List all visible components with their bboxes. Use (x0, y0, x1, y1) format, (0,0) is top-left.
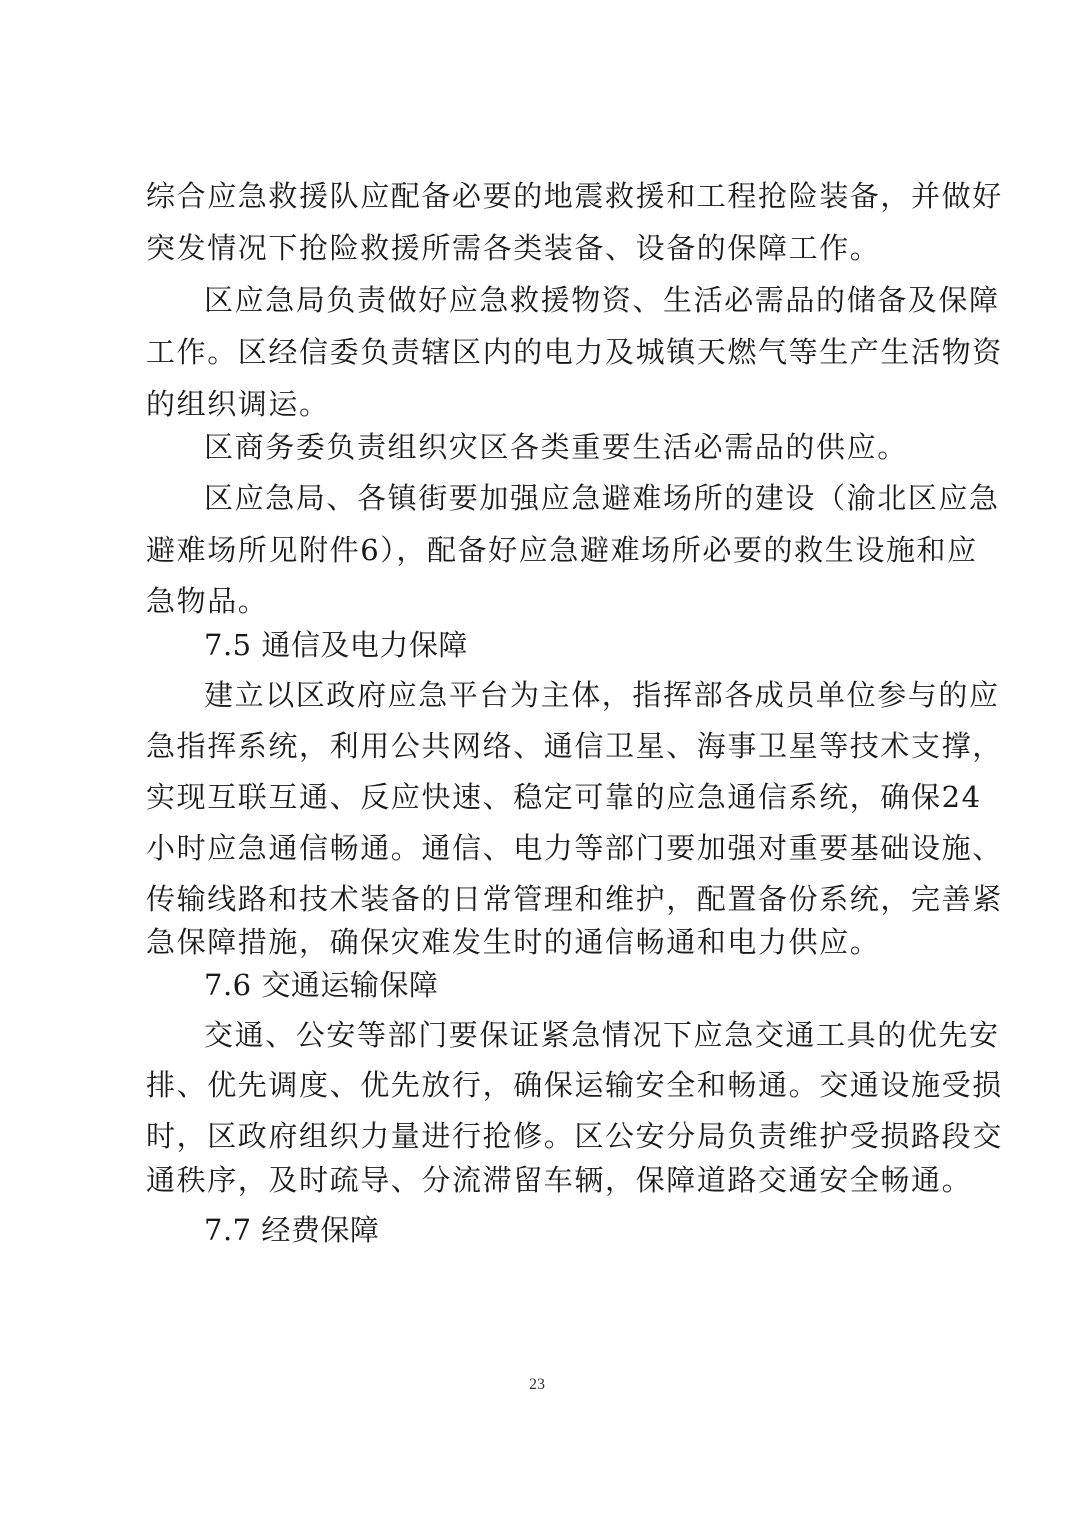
text-line: 急物品。 (146, 581, 946, 621)
paragraph-start: 区应急局、各镇街要加强应急避难场所的建设（渝北区应急 (204, 478, 1004, 518)
text-line: 小时应急通信畅通。通信、电力等部门要加强对重要基础设施、 (146, 828, 946, 868)
text-line: 急保障措施，确保灾难发生时的通信畅通和电力供应。 (146, 922, 946, 962)
paragraph-start: 区商务委负责组织灾区各类重要生活必需品的供应。 (204, 427, 1004, 467)
section-heading-7-5: 7.5 通信及电力保障 (204, 625, 1004, 665)
text-line: 综合应急救援队应配备必要的地震救援和工程抢险装备，并做好 (146, 176, 946, 216)
section-heading-7-7: 7.7 经费保障 (204, 1210, 1004, 1250)
text-line: 避难场所见附件6），配备好应急避难场所必要的救生设施和应 (146, 530, 946, 570)
paragraph-start: 交通、公安等部门要保证紧急情况下应急交通工具的优先安 (204, 1015, 1004, 1055)
text-line: 时，区政府组织力量进行抢修。区公安分局负责维护受损路段交 (146, 1116, 946, 1156)
text-line: 传输线路和技术装备的日常管理和维护，配置备份系统，完善紧 (146, 879, 946, 919)
text-line: 急指挥系统，利用公共网络、通信卫星、海事卫星等技术支撑， (146, 726, 946, 766)
paragraph-start: 建立以区政府应急平台为主体，指挥部各成员单位参与的应 (204, 675, 1004, 715)
text-line: 实现互联互通、反应快速、稳定可靠的应急通信系统，确保24 (146, 777, 946, 817)
text-line: 的组织调运。 (146, 384, 946, 424)
text-line: 突发情况下抢险救援所需各类装备、设备的保障工作。 (146, 228, 946, 268)
document-page: 综合应急救援队应配备必要的地震救援和工程抢险装备，并做好 突发情况下抢险救援所需… (0, 0, 1074, 1520)
paragraph-start: 区应急局负责做好应急救援物资、生活必需品的储备及保障 (204, 280, 1004, 320)
text-line: 工作。区经信委负责辖区内的电力及城镇天燃气等生产生活物资 (146, 332, 946, 372)
section-heading-7-6: 7.6 交通运输保障 (204, 965, 1004, 1005)
text-line: 排、优先调度、优先放行，确保运输安全和畅通。交通设施受损 (146, 1065, 946, 1105)
page-number: 23 (0, 1376, 1074, 1394)
text-line: 通秩序，及时疏导、分流滞留车辆，保障道路交通安全畅通。 (146, 1160, 946, 1200)
